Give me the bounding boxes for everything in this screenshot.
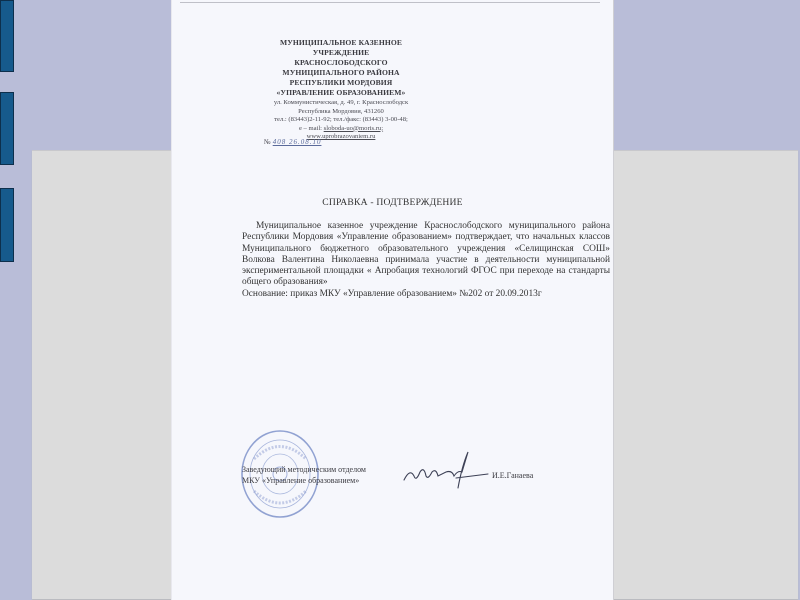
letterhead-address: ул. Коммунистическая, д. 49, г. Красносл… (234, 99, 448, 142)
handwritten-signature-icon (402, 448, 492, 490)
org-line: РЕСПУБЛИКИ МОРДОВИЯ (236, 78, 446, 88)
reg-handwritten: 408 26.08.10 (273, 138, 322, 146)
signer-name: И.Е.Ганаева (492, 471, 533, 480)
registration-number: №408 26.08.10 (264, 138, 321, 146)
address-line: Республика Мордовия, 431260 (234, 108, 448, 117)
org-line: «УПРАВЛЕНИЕ ОБРАЗОВАНИЕМ» (236, 88, 446, 98)
org-line: МУНИЦИПАЛЬНОГО РАЙОНА (236, 68, 446, 78)
signature-position: Заведующий методическим отделом МКУ «Упр… (242, 464, 366, 486)
accent-bar-1 (0, 0, 14, 72)
accent-bar-3 (0, 188, 14, 262)
letterhead-org-name: МУНИЦИПАЛЬНОЕ КАЗЕННОЕ УЧРЕЖДЕНИЕ КРАСНО… (236, 38, 446, 98)
org-line: КРАСНОСЛОБОДСКОГО (236, 58, 446, 68)
org-line: УЧРЕЖДЕНИЕ (236, 48, 446, 58)
body-paragraph: Муниципальное казенное учреждение Красно… (242, 221, 610, 289)
address-line: ул. Коммунистическая, д. 49, г. Красносл… (234, 99, 448, 108)
scanned-document: МУНИЦИПАЛЬНОЕ КАЗЕННОЕ УЧРЕЖДЕНИЕ КРАСНО… (172, 0, 613, 600)
position-line: Заведующий методическим отделом (242, 464, 366, 475)
document-body: Муниципальное казенное учреждение Красно… (242, 221, 610, 300)
basis-line: Основание: приказ МКУ «Управление образо… (242, 289, 610, 300)
page-edge-line (180, 2, 600, 3)
accent-bar-2 (0, 92, 14, 165)
document-title: СПРАВКА - ПОДТВЕРЖДЕНИЕ (172, 197, 613, 208)
address-line: тел.: (83443)2-11-92; тел./факс: (83443)… (234, 116, 448, 125)
position-line: МКУ «Управление образованием» (242, 475, 366, 486)
reg-prefix: № (264, 138, 271, 146)
email-label: e – mail: (299, 125, 324, 132)
email-line: e – mail: sloboda-uo@moris.ru; (234, 125, 448, 134)
email-link: sloboda-uo@moris.ru; (324, 125, 383, 132)
org-line: МУНИЦИПАЛЬНОЕ КАЗЕННОЕ (236, 38, 446, 48)
